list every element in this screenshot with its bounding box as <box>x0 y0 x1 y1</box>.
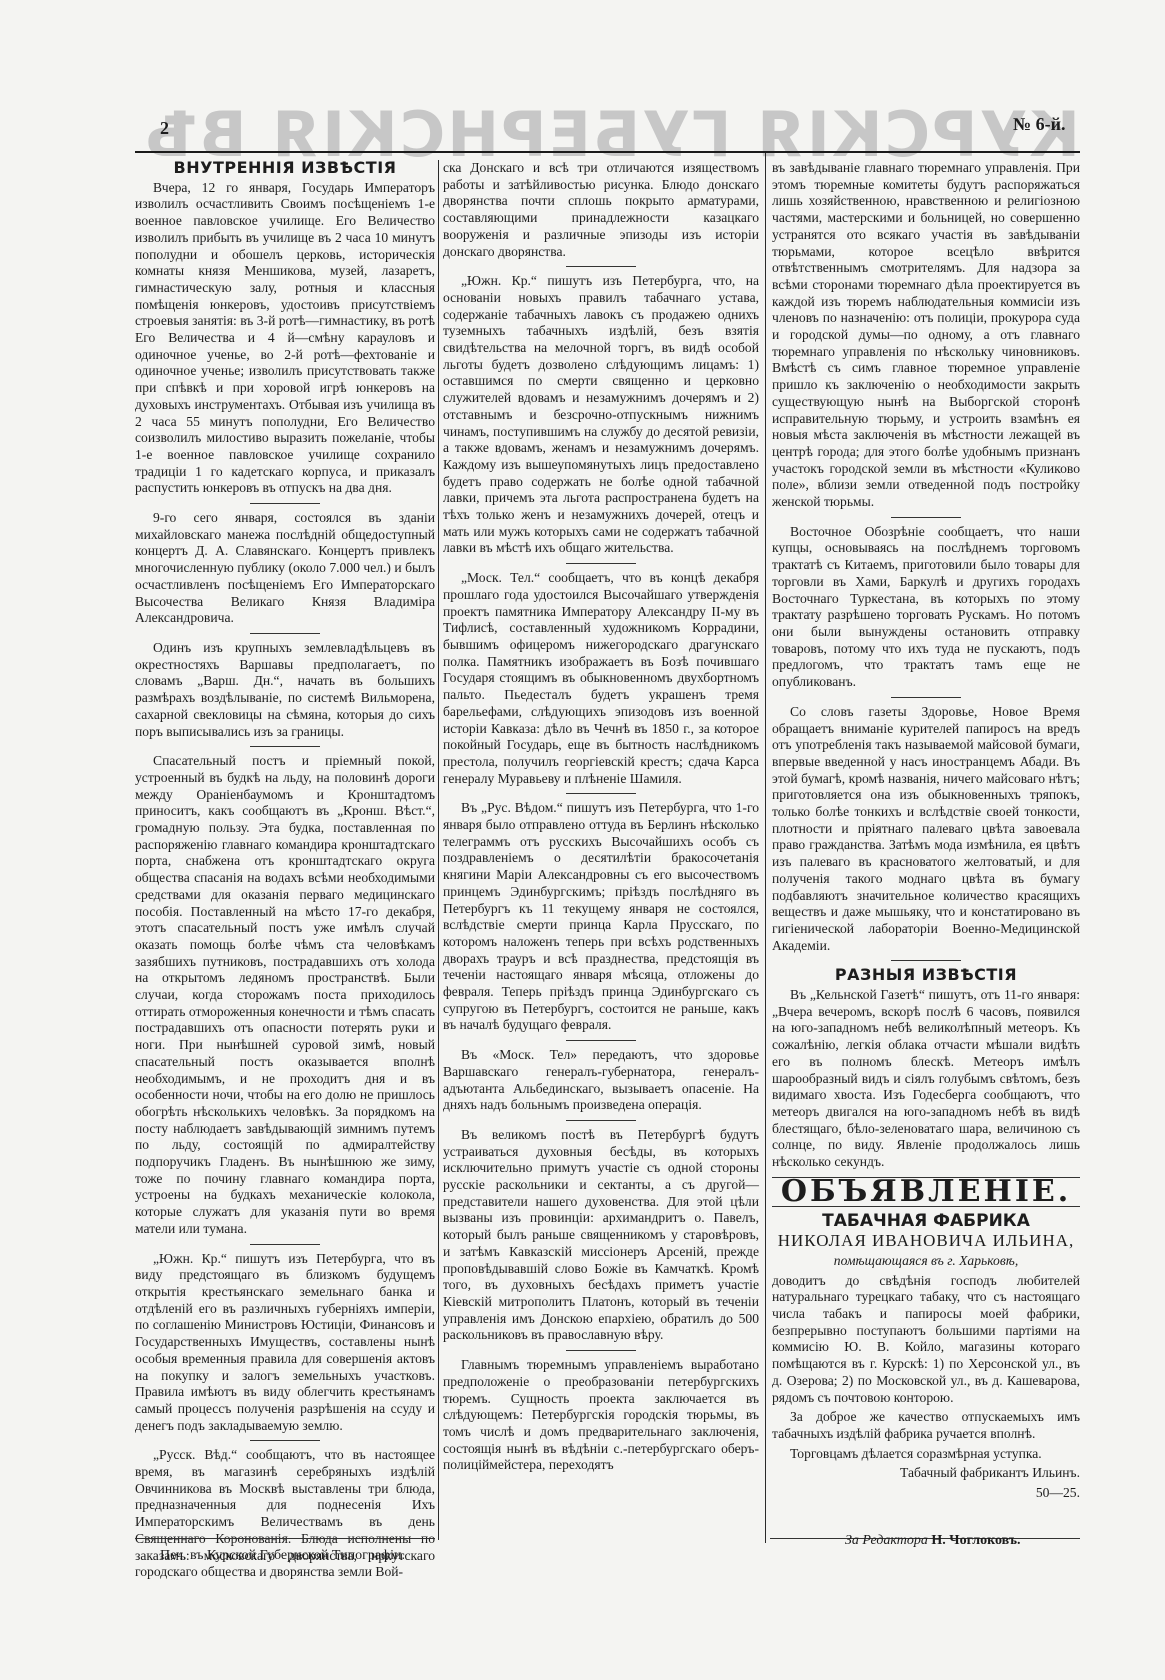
article-paragraph: Одинъ изъ крупныхъ землевладѣльцевъ въ о… <box>135 640 435 740</box>
article-separator <box>566 1350 636 1351</box>
article-paragraph: Въ великомъ постѣ въ Петербургѣ будутъ у… <box>443 1127 759 1344</box>
advertisement-owner: НИКОЛАЯ ИВАНОВИЧА ИЛЬИНА, <box>772 1233 1080 1250</box>
section-heading-domestic-news: ВНУТРЕННІЯ ИЗВѢСТІЯ <box>135 160 435 177</box>
advertisement: ОБЪЯВЛЕНІЕ. ТАБАЧНАЯ ФАБРИКА НИКОЛАЯ ИВА… <box>772 1184 1080 1502</box>
article-paragraph: „Южн. Кр.“ пишутъ изъ Петербурга, что въ… <box>135 1251 435 1435</box>
advertisement-signature: Табачный фабрикантъ Ильинъ. <box>772 1465 1080 1482</box>
article-paragraph: „Южн. Кр.“ пишутъ изъ Петербурга, что, н… <box>443 273 759 557</box>
column-1: ВНУТРЕННІЯ ИЗВѢСТІЯ Вчера, 12 го января,… <box>135 160 435 1584</box>
advertisement-discount: Торговцамъ дѣлается соразмѣрная уступка. <box>772 1446 1080 1463</box>
article-separator <box>250 1244 320 1245</box>
article-separator <box>566 563 636 564</box>
article-separator <box>891 697 961 698</box>
advertisement-body: доводитъ до свѣдѣнія господъ любителей н… <box>772 1273 1080 1407</box>
article-paragraph: Восточное Обозрѣніе сообщаетъ, что наши … <box>772 524 1080 691</box>
article-separator <box>566 1120 636 1121</box>
article-separator <box>891 517 961 518</box>
article-separator <box>566 793 636 794</box>
column-3: въ завѣдываніе главнаго тюремнаго управл… <box>772 160 1080 1505</box>
article-paragraph: Въ „Кельнской Газетѣ“ пишутъ, отъ 11-го … <box>772 987 1080 1171</box>
editor-signature: За Редактора Н. Чоглоковъ. <box>845 1533 1020 1549</box>
article-separator <box>566 266 636 267</box>
article-paragraph: 9-го сего января, состоялся въ зданіи ми… <box>135 510 435 627</box>
issue-number: № 6-й. <box>1013 114 1065 135</box>
advertisement-counter: 50—25. <box>772 1485 1080 1502</box>
article-paragraph: Со словъ газеты Здоровье, Новое Время об… <box>772 704 1080 955</box>
article-separator <box>250 746 320 747</box>
section-heading-miscellaneous-news: РАЗНЫЯ ИЗВѢСТІЯ <box>772 967 1080 984</box>
advertisement-subtitle: ТАБАЧНАЯ ФАБРИКА <box>772 1213 1080 1230</box>
article-separator <box>250 633 320 634</box>
article-separator <box>250 503 320 504</box>
page-number: 2 <box>160 118 169 139</box>
column-divider <box>438 160 439 1540</box>
article-separator <box>250 1440 320 1441</box>
article-separator <box>891 960 961 961</box>
editor-name: Н. Чоглоковъ. <box>931 1533 1020 1548</box>
advertisement-quality: За доброе же качество отпускаемыхъ имъ т… <box>772 1409 1080 1442</box>
article-separator <box>566 1040 636 1041</box>
article-paragraph: „Моск. Тел.“ сообщаетъ, что въ концѣ дек… <box>443 570 759 787</box>
footer-rule <box>135 1538 435 1539</box>
article-paragraph: Вчера, 12 го января, Государь Императоръ… <box>135 180 435 497</box>
article-paragraph: Въ „Рус. Вѣдом.“ пишутъ изъ Петербурга, … <box>443 800 759 1034</box>
header-rule <box>135 151 1080 153</box>
article-paragraph: Въ «Моск. Тел» передаютъ, что здоровье В… <box>443 1047 759 1114</box>
column-divider <box>765 153 766 1543</box>
editor-prefix: За Редактора <box>845 1533 928 1548</box>
article-paragraph: въ завѣдываніе главнаго тюремнаго управл… <box>772 160 1080 511</box>
article-paragraph: Спасательный постъ и пріемный покой, уст… <box>135 753 435 1237</box>
article-paragraph: ска Донскаго и всѣ три отличаются изящес… <box>443 160 759 260</box>
printer-imprint: Печ. въ Курской Губернской Типографіи. <box>160 1548 405 1564</box>
column-2: ска Донскаго и всѣ три отличаются изящес… <box>443 160 759 1477</box>
newspaper-page: КУРСКІЯ ГУБЕРНСКІЯ ВѢДОМОСТИ 2 № 6-й. ВН… <box>0 0 1165 1680</box>
advertisement-location: помѣщающаяся въ г. Харьковѣ, <box>772 1253 1080 1270</box>
article-paragraph: Главнымъ тюремнымъ управленіемъ выработа… <box>443 1357 759 1474</box>
advertisement-title: ОБЪЯВЛЕНІЕ. <box>772 1184 1080 1201</box>
